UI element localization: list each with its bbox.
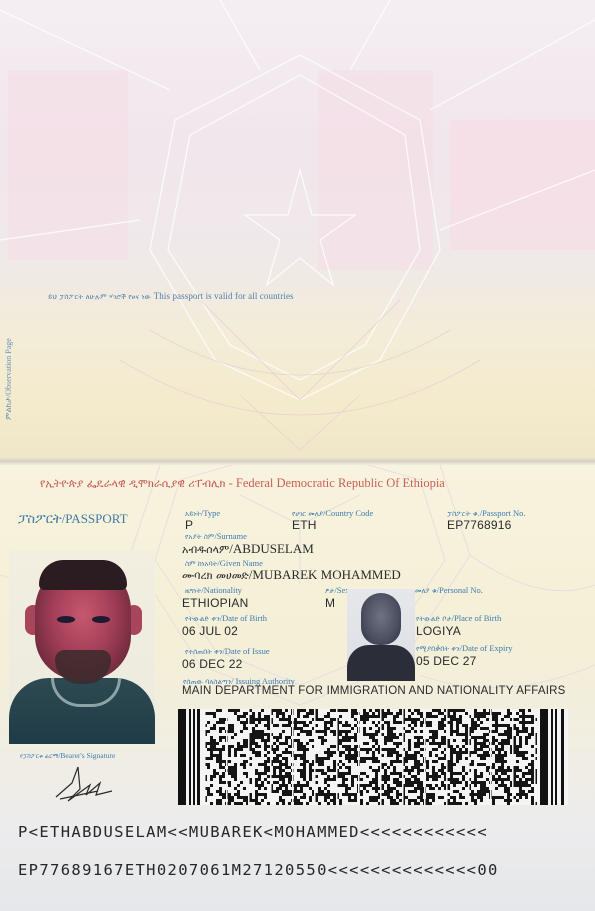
- given-name-value: ሙባረክ መሀመድ/MUBAREK MOHAMMED: [182, 567, 401, 583]
- observation-label-english: Observation Page: [4, 338, 13, 395]
- holder-ghost-photo: [347, 589, 415, 681]
- place-of-birth-label: የትውልድ ቦታ/Place of Birth: [416, 613, 501, 624]
- bearer-signature: [50, 761, 120, 806]
- date-of-expiry-label: የሚያበቃበት ቀን/Date of Expiry: [416, 643, 512, 654]
- date-of-issue-value: 06 DEC 22: [182, 657, 243, 671]
- surname-value: አብዱሰላም/ABDUSELAM: [182, 541, 314, 557]
- mrz-line-1: P<ETHABDUSELAM<<MUBAREK<MOHAMMED<<<<<<<<…: [18, 823, 488, 841]
- issuing-authority-value: MAIN DEPARTMENT FOR IMMIGRATION AND NATI…: [182, 685, 566, 697]
- guilloche-emblem-pattern: [0, 0, 595, 463]
- date-of-birth-label: የትውልድ ቀን/Date of Birth: [185, 613, 267, 624]
- type-value: P: [185, 518, 193, 532]
- date-of-birth-value: 06 JUL 02: [182, 624, 238, 638]
- holder-photo: [9, 550, 155, 744]
- validity-statement: ይህ ፓስፖርት ለሁሉም ሃገሮች የፀና ነው This passport …: [48, 291, 294, 302]
- country-code-value: ETH: [292, 518, 317, 532]
- nationality-label: ዜግነት/Nationality: [185, 585, 242, 596]
- validity-statement-english: This passport is valid for all countries: [154, 291, 294, 301]
- place-of-birth-value: LOGIYA: [416, 624, 461, 638]
- document-title: ፓስፖርት/PASSPORT: [18, 511, 128, 527]
- country-name-english: Federal Democratic Republic Of Ethiopia: [236, 476, 445, 490]
- country-name-amharic: የኢትዮጵያ ፌዴራላዊ ዲሞክራሲያዊ ሪፐብሊክ: [40, 477, 225, 490]
- nationality-value: ETHIOPIAN: [182, 596, 248, 610]
- observation-page-label: ምልከታ/Observation Page: [4, 338, 14, 420]
- passport-data-page: የኢትዮጵያ ፌዴራላዊ ዲሞክራሲያዊ ሪፐብሊክ - Federal Dem…: [0, 465, 595, 911]
- observation-page: ይህ ፓስፖርት ለሁሉም ሃገሮች የፀና ነው This passport …: [0, 0, 595, 463]
- sex-label: ፆታ/Sex: [325, 585, 349, 596]
- pdf417-barcode: [178, 709, 568, 805]
- validity-statement-amharic: ይህ ፓስፖርት ለሁሉም ሃገሮች የፀና ነው: [48, 293, 151, 301]
- mrz-line-2: EP77689167ETH0207061M27120550<<<<<<<<<<<…: [18, 861, 499, 879]
- date-of-issue-label: የተሰጠበት ቀን/Date of Issue: [185, 646, 270, 657]
- observation-label-amharic: ምልከታ: [4, 397, 13, 420]
- personal-number-label: መለያ ቁ/Personal No.: [415, 585, 483, 596]
- date-of-expiry-value: 05 DEC 27: [416, 654, 477, 668]
- issuing-country-header: የኢትዮጵያ ፌዴራላዊ ዲሞክራሲያዊ ሪፐብሊክ - Federal Dem…: [40, 476, 445, 491]
- country-separator: -: [225, 476, 235, 490]
- sex-value: M: [325, 596, 335, 610]
- passport-number-value: EP7768916: [447, 518, 512, 532]
- bearer-signature-label: የፓስፖርቱ ፊርማ/Bearer's Signature: [20, 751, 115, 761]
